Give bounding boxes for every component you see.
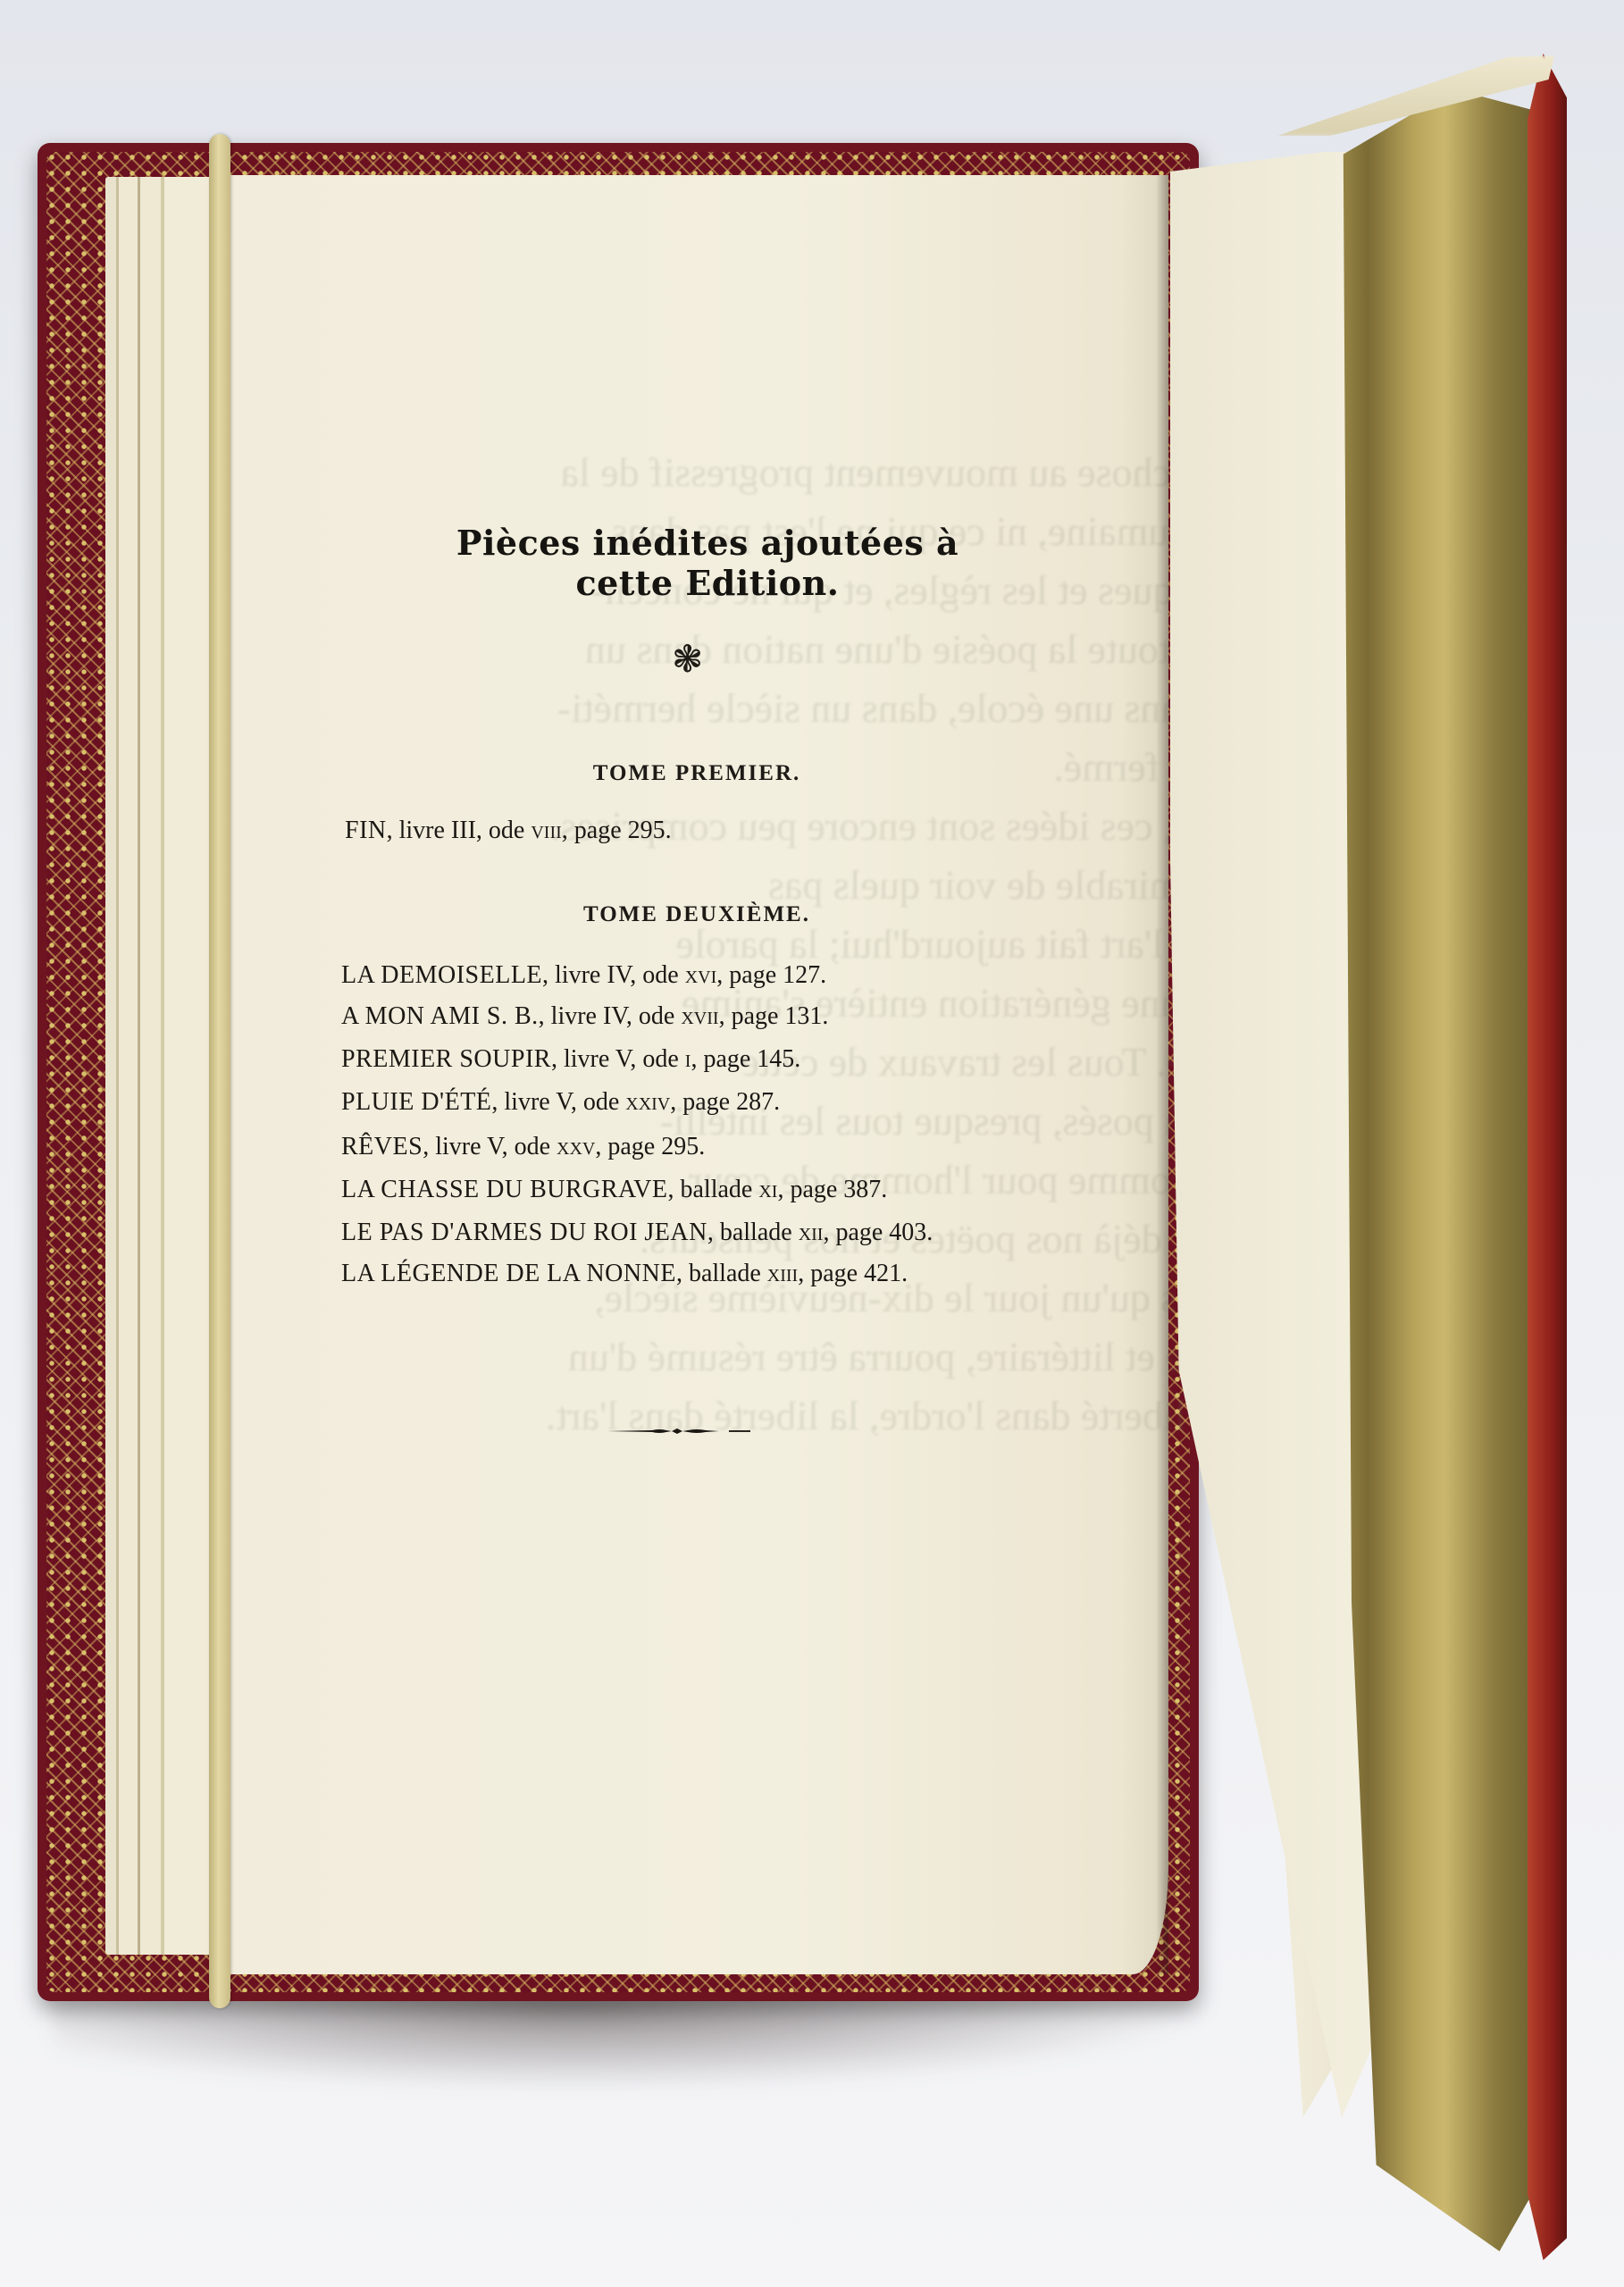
list-item: LA DEMOISELLE, livre IV, ode xvi, page 1… <box>341 961 826 990</box>
list-item: LE PAS D'ARMES DU ROI JEAN, ballade xii,… <box>341 1219 933 1247</box>
ribbon-bookmark <box>209 134 230 2008</box>
flower-ornament-icon: ❃ <box>672 641 703 679</box>
section-heading: TOME PREMIER. <box>429 761 965 786</box>
list-item: A MON AMI S. B., livre IV, ode xvii, pag… <box>341 1002 828 1031</box>
list-item: RÊVES, livre V, ode xxv, page 295. <box>341 1133 705 1161</box>
right-cover-board <box>1528 54 1567 2260</box>
list-item: LA CHASSE DU BURGRAVE, ballade xi, page … <box>341 1176 887 1204</box>
section-heading: TOME DEUXIÈME. <box>429 902 965 927</box>
page-title: Pièces inédites ajoutées à cette Edition… <box>404 523 1011 603</box>
ornamental-rule-icon <box>607 1428 754 1435</box>
page-edges <box>105 177 222 1955</box>
list-item: PLUIE D'ÉTÉ, livre V, ode xxiv, page 287… <box>341 1088 780 1117</box>
list-item: LA LÉGENDE DE LA NONNE, ballade xiii, pa… <box>341 1260 908 1288</box>
list-item: FIN, livre III, ode viii, page 295. <box>345 817 672 845</box>
list-item: PREMIER SOUPIR, livre V, ode i, page 145… <box>341 1045 800 1074</box>
book-page: quelque chose au mouvement progressif de… <box>213 175 1168 1974</box>
